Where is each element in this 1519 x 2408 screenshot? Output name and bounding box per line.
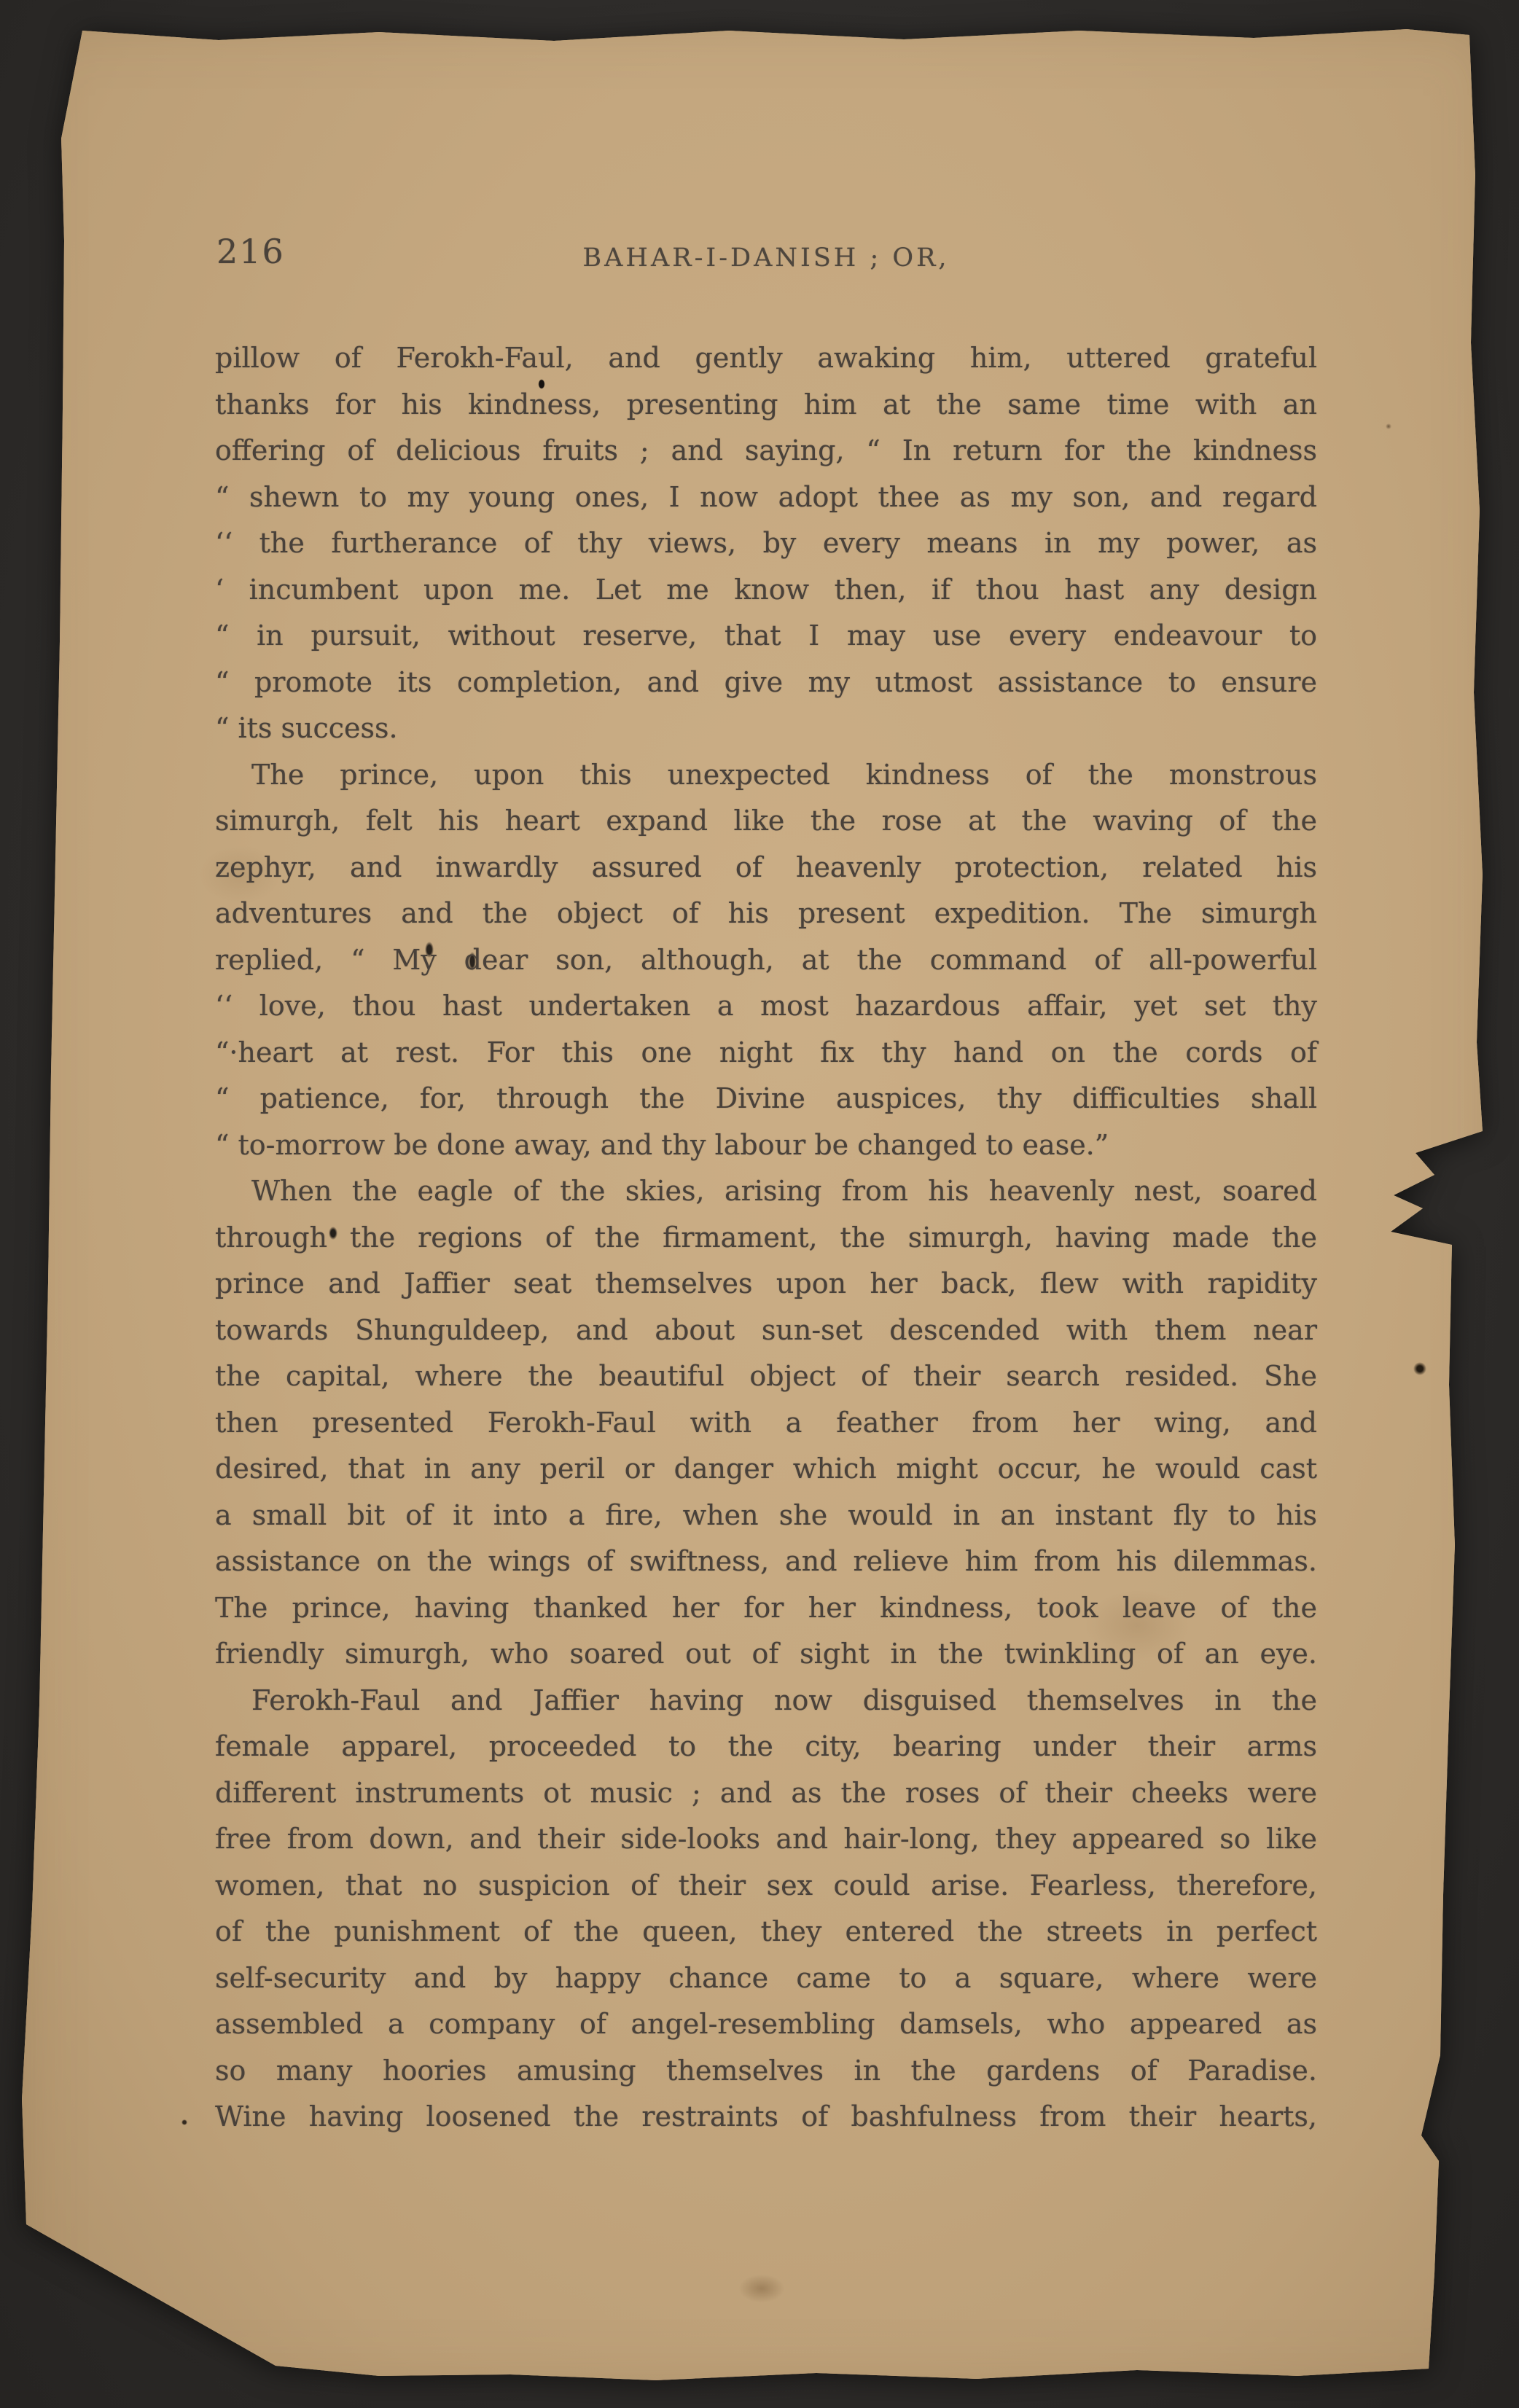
text-line: desired, that in any peril or danger whi… — [215, 1446, 1317, 1493]
text-line: The prince, having thanked her for her k… — [215, 1585, 1317, 1632]
text-line: a small bit of it into a fire, when she … — [215, 1493, 1317, 1539]
text-line: women, that no suspicion of their sex co… — [215, 1863, 1317, 1909]
text-line: zephyr, and inwardly assured of heavenly… — [215, 845, 1317, 891]
text-line: ‘‘ the furtherance of thy views, by ever… — [215, 520, 1317, 567]
text-line: through the regions of the firmament, th… — [215, 1215, 1317, 1262]
text-line: When the eagle of the skies, arising fro… — [215, 1168, 1317, 1215]
running-title: BAHAR-I-DANISH ; OR, — [215, 243, 1317, 273]
text-line: then presented Ferokh-Faul with a feathe… — [215, 1400, 1317, 1447]
text-line: pillow of Ferokh-Faul, and gently awakin… — [215, 335, 1317, 382]
text-line: adventures and the object of his present… — [215, 891, 1317, 937]
text-line: replied, “ My dear son, although, at the… — [215, 937, 1317, 984]
text-line: “ its success. — [215, 705, 1317, 752]
text-line: “ shewn to my young ones, I now adopt th… — [215, 474, 1317, 521]
text-line: “ promote its completion, and give my ut… — [215, 660, 1317, 706]
text-line: assembled a company of angel-resembling … — [215, 2001, 1317, 2048]
scan-background: { "page": { "number": "216", "running_ti… — [0, 0, 1519, 2408]
text-line: free from down, and their side-looks and… — [215, 1816, 1317, 1863]
text-line: “·heart at rest. For this one night fix … — [215, 1030, 1317, 1076]
text-line: Wine having loosened the restraints of b… — [215, 2094, 1317, 2141]
text-line: “ to-morrow be done away, and thy labour… — [215, 1122, 1317, 1169]
text-line: different instruments ot music ; and as … — [215, 1770, 1317, 1817]
text-line: Ferokh-Faul and Jaffier having now disgu… — [215, 1678, 1317, 1724]
body-text: pillow of Ferokh-Faul, and gently awakin… — [215, 335, 1317, 2141]
text-line: ‘ incumbent upon me. Let me know then, i… — [215, 567, 1317, 614]
text-line: thanks for his kindness, presenting him … — [215, 382, 1317, 429]
text-line: assistance on the wings of swiftness, an… — [215, 1539, 1317, 1585]
text-line: The prince, upon this unexpected kindnes… — [215, 752, 1317, 799]
text-line: so many hoories amusing themselves in th… — [215, 2048, 1317, 2095]
text-line: self-security and by happy chance came t… — [215, 1955, 1317, 2002]
paper-wrap: 216 BAHAR-I-DANISH ; OR, pillow of Ferok… — [0, 0, 1519, 2408]
text-line: prince and Jaffier seat themselves upon … — [215, 1261, 1317, 1307]
paper-sheet: 216 BAHAR-I-DANISH ; OR, pillow of Ferok… — [0, 0, 1519, 2408]
text-line: the capital, where the beautiful object … — [215, 1353, 1317, 1400]
text-line: “ in pursuit, without reserve, that I ma… — [215, 613, 1317, 660]
text-line: simurgh, felt his heart expand like the … — [215, 798, 1317, 845]
text-line: offering of delicious fruits ; and sayin… — [215, 428, 1317, 474]
text-line: friendly simurgh, who soared out of sigh… — [215, 1631, 1317, 1678]
text-line: towards Shunguldeep, and about sun-set d… — [215, 1307, 1317, 1354]
text-line: ‘‘ love, thou hast undertaken a most haz… — [215, 983, 1317, 1030]
text-line: female apparel, proceeded to the city, b… — [215, 1724, 1317, 1770]
text-line: “ patience, for, through the Divine ausp… — [215, 1076, 1317, 1122]
text-line: of the punishment of the queen, they ent… — [215, 1909, 1317, 1955]
